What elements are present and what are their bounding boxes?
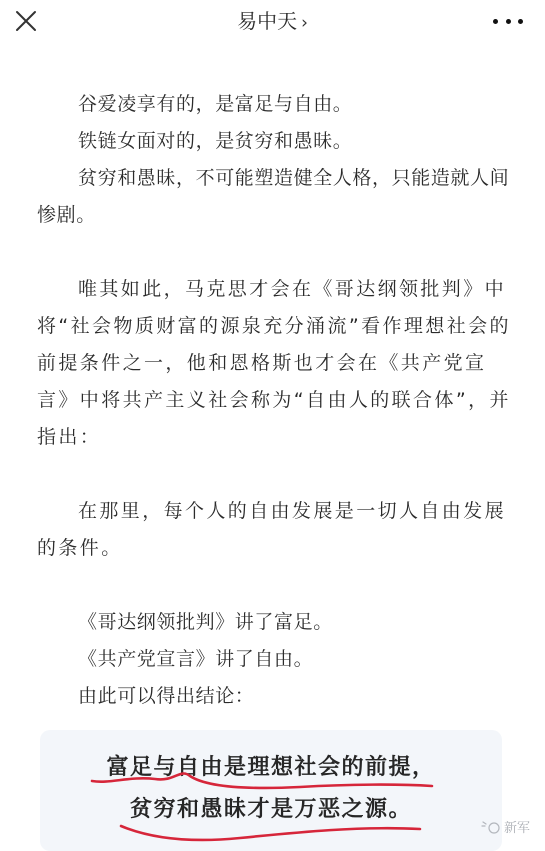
quote-line-2: 贫穷和愚昧才是万恶之源。 <box>40 792 502 823</box>
account-title-link[interactable]: 易中天› <box>0 6 545 38</box>
top-nav-bar: 易中天› <box>0 0 545 44</box>
more-options-button[interactable] <box>493 16 523 26</box>
quoted-paragraph: 在那里，每个人的自由发展是一切人自由发展的条件。 <box>37 493 515 567</box>
article-body: 谷爱凌享有的，是富足与自由。 铁链女面对的，是贫穷和愚昧。 贫穷和愚昧，不可能塑… <box>37 86 515 715</box>
paragraph: 贫穷和愚昧，不可能塑造健全人格，只能造就人间惨剧。 <box>37 160 515 234</box>
watermark: 新军 <box>481 817 530 836</box>
paragraph: 《共产党宣言》讲了自由。 <box>37 641 515 678</box>
paragraph: 铁链女面对的，是贫穷和愚昧。 <box>37 123 515 160</box>
chevron-right-icon: › <box>301 13 308 33</box>
account-name: 易中天 <box>237 9 297 33</box>
paragraph: 唯其如此，马克思才会在《哥达纲领批判》中将“社会物质财富的源泉充分涌流”看作理想… <box>37 271 515 456</box>
dot-icon <box>506 19 511 24</box>
dot-icon <box>493 19 498 24</box>
paragraph: 《哥达纲领批判》讲了富足。 <box>37 604 515 641</box>
watermark-text: 新军 <box>504 817 530 836</box>
dot-icon <box>518 19 523 24</box>
paragraph: 由此可以得出结论： <box>37 678 515 715</box>
conclusion-quote-box: 富足与自由是理想社会的前提， 贫穷和愚昧才是万恶之源。 <box>40 730 502 851</box>
paragraph: 谷爱凌享有的，是富足与自由。 <box>37 86 515 123</box>
quote-line-1: 富足与自由是理想社会的前提， <box>40 750 502 781</box>
wechat-icon <box>481 820 501 834</box>
